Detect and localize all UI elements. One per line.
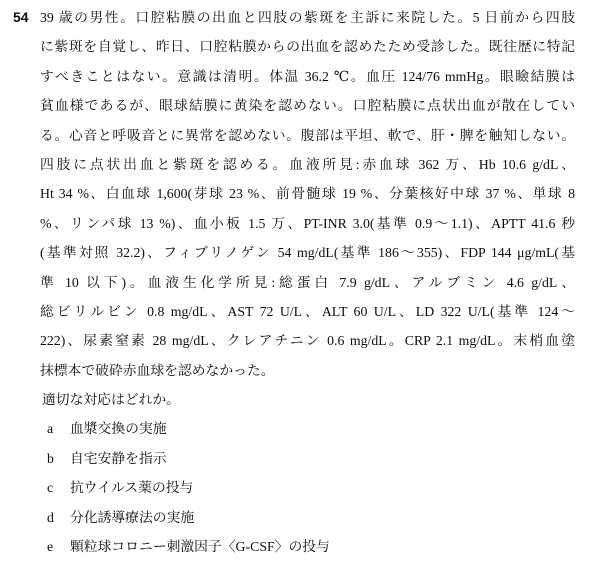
exam-question-page: 54 39 歳の男性。口腔粘膜の出血と四肢の紫斑を主訴に来院した。5 日前から四… (0, 0, 589, 561)
case-text-line: に紫斑を自覚し、昨日、口腔粘膜からの出血を認めたため受診した。既往歴に特記 (40, 32, 575, 61)
case-text-line: 抹標本で破砕赤血球を認めなかった。 (40, 356, 575, 385)
case-text-line: すべきことはない。意識は清明。体温 36.2 ℃。血圧 124/76 mmHg。… (40, 62, 575, 91)
case-text-line: Ht 34 %、白血球 1,600(芽球 23 %、前骨髄球 19 %、分葉核好… (40, 179, 575, 208)
question-stem: 適切な対応はどれか。 (40, 385, 575, 414)
option-letter: d (47, 503, 70, 532)
option-row: c抗ウイルス薬の投与 (40, 473, 575, 502)
option-row: b自宅安静を指示 (40, 444, 575, 473)
case-text-line: る。心音と呼吸音とに異常を認めない。腹部は平坦、軟で、肝・脾を触知しない。 (40, 121, 575, 150)
question-body: 54 39 歳の男性。口腔粘膜の出血と四肢の紫斑を主訴に来院した。5 日前から四… (40, 3, 575, 561)
option-row: e顆粒球コロニー刺激因子〈G-CSF〉の投与 (40, 532, 575, 561)
option-letter: c (47, 473, 70, 502)
case-text-line: 貧血様であるが、眼球結膜に黄染を認めない。口腔粘膜に点状出血が散在してい (40, 91, 575, 120)
case-text-line: 総ビリルビン 0.8 mg/dL、AST 72 U/L、ALT 60 U/L、L… (40, 297, 575, 326)
case-text-line: 39 歳の男性。口腔粘膜の出血と四肢の紫斑を主訴に来院した。5 日前から四肢 (40, 3, 575, 32)
option-label: 自宅安静を指示 (70, 451, 167, 466)
option-label: 分化誘導療法の実施 (70, 510, 194, 525)
option-row: a血漿交換の実施 (40, 414, 575, 443)
question-number: 54 (13, 3, 29, 32)
case-text-line: 準 10 以下)。血液生化学所見:総蛋白 7.9 g/dL、アルブミン 4.6 … (40, 268, 575, 297)
option-label: 抗ウイルス薬の投与 (70, 480, 193, 495)
option-label: 血漿交換の実施 (70, 421, 167, 436)
option-label: 顆粒球コロニー刺激因子〈G-CSF〉の投与 (70, 539, 330, 554)
case-text-line: 222)、尿素窒素 28 mg/dL、クレアチニン 0.6 mg/dL。CRP … (40, 326, 575, 355)
option-letter: a (47, 414, 70, 443)
case-text-line: %、リンパ球 13 %)、血小板 1.5 万、PT-INR 3.0(基準 0.9… (40, 209, 575, 238)
option-letter: e (47, 532, 70, 561)
case-text-line: (基準対照 32.2)、フィブリノゲン 54 mg/dL(基準 186〜355)… (40, 238, 575, 267)
case-text-line: 四肢に点状出血と紫斑を認める。血液所見:赤血球 362 万、Hb 10.6 g/… (40, 150, 575, 179)
option-row: d分化誘導療法の実施 (40, 503, 575, 532)
option-letter: b (47, 444, 70, 473)
